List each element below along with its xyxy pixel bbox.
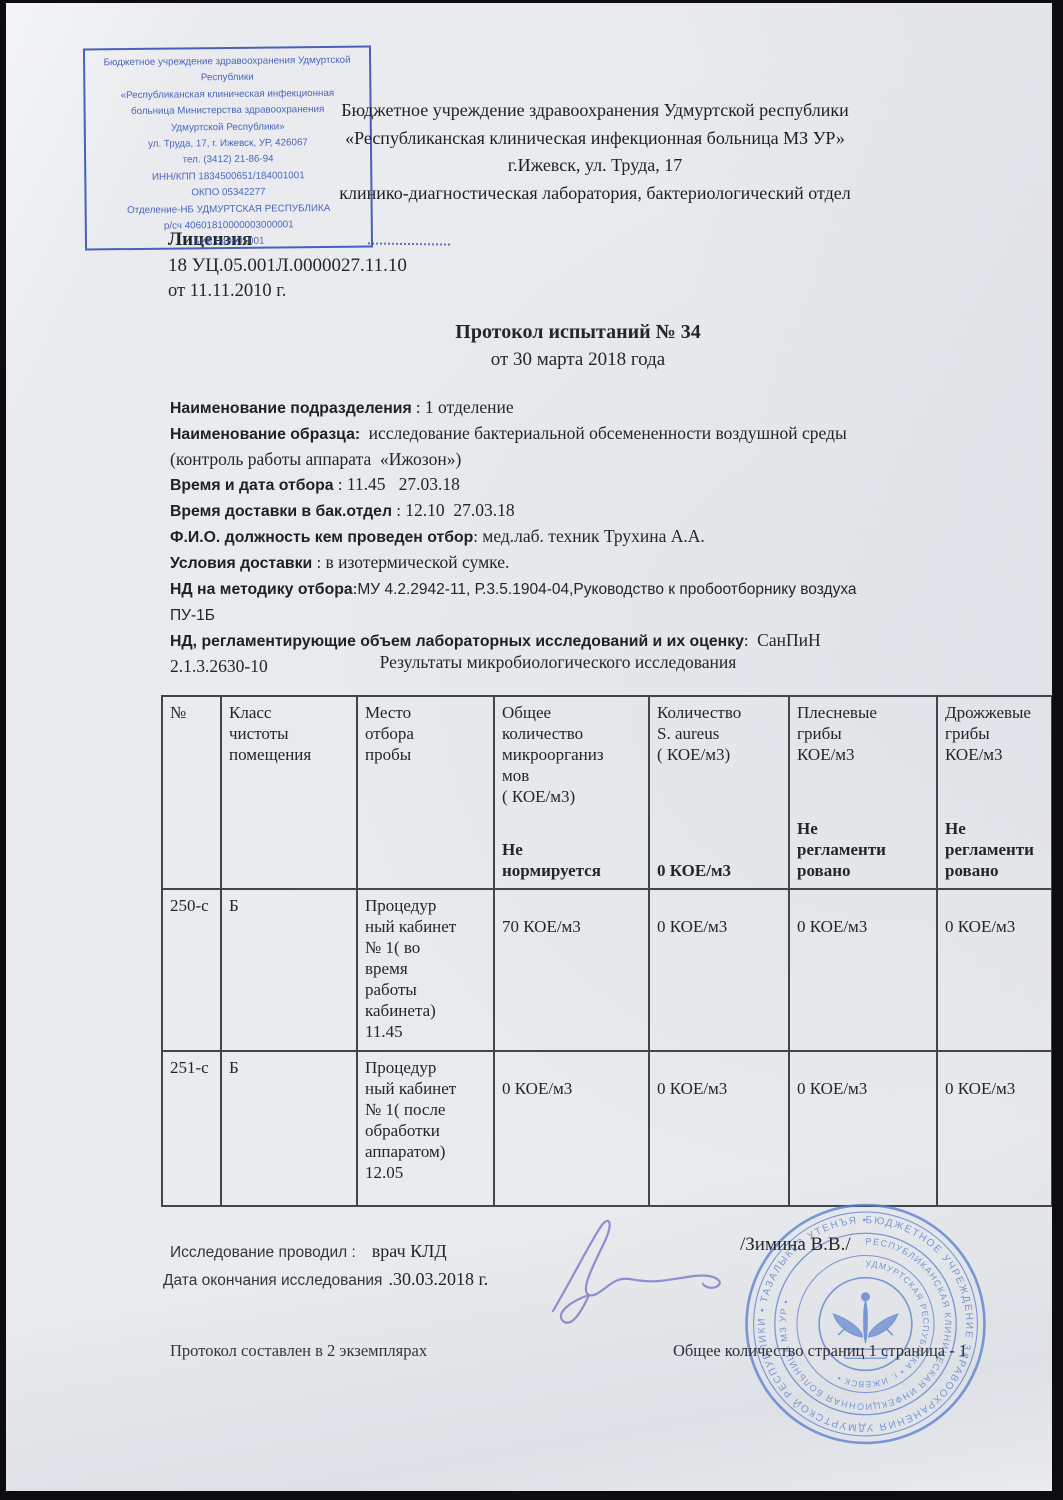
table-header-s-aureus: Количество S. aureus ( КОЕ/м3)0 КОЕ/м3	[650, 697, 790, 890]
org-header-line: г.Ижевск, ул. Труда, 17	[183, 152, 1007, 180]
table-row-cell: 70 КОЕ/м3	[495, 890, 650, 1052]
field-sample-name: Наименование образца: исследование бакте…	[170, 421, 1042, 447]
page-count-note: Общее количество страниц 1 страница - 1	[673, 1341, 967, 1361]
field-regulations-cont: 2.1.3.2630-10	[170, 654, 1042, 679]
field-sampling-method-cont: ПУ-1Б	[170, 602, 1042, 628]
table-header-sampling-place: Место отбора пробы	[358, 697, 495, 890]
table-row-cell: Процедур ный кабинет № 1( во время работ…	[358, 890, 495, 1052]
protocol-title: Протокол испытаний № 34	[238, 321, 918, 344]
protocol-date: от 30 марта 2018 года	[238, 349, 918, 371]
field-sampling-method: НД на методику отбора:МУ 4.2.2942-11, Р.…	[170, 576, 1042, 602]
norm-value: Не нормируется	[502, 839, 641, 883]
field-regulations: НД, регламентирующие объем лабораторных …	[170, 628, 1042, 654]
stamp-line: БИК 049401001	[87, 233, 371, 252]
table-row-cell: 0 КОЕ/м3	[650, 890, 790, 1052]
field-sampler-name: Ф.И.О. должность кем проведен отбор: мед…	[170, 524, 1042, 550]
end-date-line: Дата окончания исследования.30.03.2018 г…	[163, 1269, 488, 1290]
scanned-document-page: Бюджетное учреждение здравоохранения Удм…	[0, 0, 1063, 1500]
table-header-mold-fungi: Плесневые грибы КОЕ/м3Не регламенти рова…	[790, 697, 938, 890]
norm-value: Не регламенти ровано	[945, 818, 1044, 883]
table-header-yeast-fungi: Дрожжевые грибы КОЕ/м3Не регламенти рова…	[938, 697, 1052, 890]
table-row-cell: 0 КОЕ/м3	[938, 890, 1052, 1052]
field-department: Наименование подразделения : 1 отделение	[170, 395, 1042, 421]
org-header-line: «Республиканская клиническая инфекционна…	[183, 125, 1007, 153]
table-row-cell: 0 КОЕ/м3	[650, 1052, 790, 1207]
table-row-cell: Б	[222, 1052, 358, 1207]
field-sampling-time: Время и дата отбора : 11.45 27.03.18	[170, 472, 1042, 498]
protocol-title-block: Протокол испытаний № 34 от 30 марта 2018…	[238, 321, 918, 371]
table-header-number: №	[163, 697, 222, 890]
table-row-cell: 250-с	[163, 890, 222, 1052]
examiner-line: Исследование проводил :врач КЛД	[170, 1241, 447, 1262]
stamp-line: Бюджетное учреждение здравоохранения Удм…	[85, 53, 369, 89]
table-header-cleanliness-class: Класс чистоты помещения	[222, 697, 358, 890]
field-delivery-conditions: Условия доставки : в изотермической сумк…	[170, 550, 1042, 576]
norm-value: 0 КОЕ/м3	[657, 860, 781, 883]
table-row-cell: 0 КОЕ/м3	[790, 1052, 938, 1207]
table-header-total-microorganisms: Общее количество микроорганиз мов ( КОЕ/…	[495, 697, 650, 890]
license-date: от 11.11.2010 г.	[168, 281, 407, 302]
table-row-cell: 0 КОЕ/м3	[938, 1052, 1052, 1207]
protocol-fields: Наименование подразделения : 1 отделение…	[170, 395, 1042, 679]
copies-note: Протокол составлен в 2 экземплярах	[170, 1341, 427, 1361]
signature-scribble	[533, 1215, 768, 1333]
field-sample-name-cont: (контроль работы аппарата «Ижозон»)	[170, 447, 1042, 472]
results-table: № Класс чистоты помещения Место отбора п…	[161, 695, 1052, 1207]
table-row-cell: Б	[222, 890, 358, 1052]
field-delivery-time: Время доставки в бак.отдел : 12.10 27.03…	[170, 498, 1042, 524]
table-row-cell: Процедур ный кабинет № 1( после обработк…	[358, 1052, 495, 1207]
license-number: 18 УЦ.05.001Л.0000027.11.10	[168, 255, 407, 277]
table-row-cell: 0 КОЕ/м3	[495, 1052, 650, 1207]
org-header-line: Бюджетное учреждение здравоохранения Удм…	[183, 97, 1007, 125]
norm-value: Не регламенти ровано	[797, 818, 929, 883]
org-header: Бюджетное учреждение здравоохранения Удм…	[183, 97, 1007, 207]
table-row-cell: 0 КОЕ/м3	[790, 890, 938, 1052]
table-row-cell: 251-с	[163, 1052, 222, 1207]
org-header-line: клинико-диагностическая лаборатория, бак…	[183, 180, 1007, 208]
paper-sheet: Бюджетное учреждение здравоохранения Удм…	[6, 3, 1052, 1491]
